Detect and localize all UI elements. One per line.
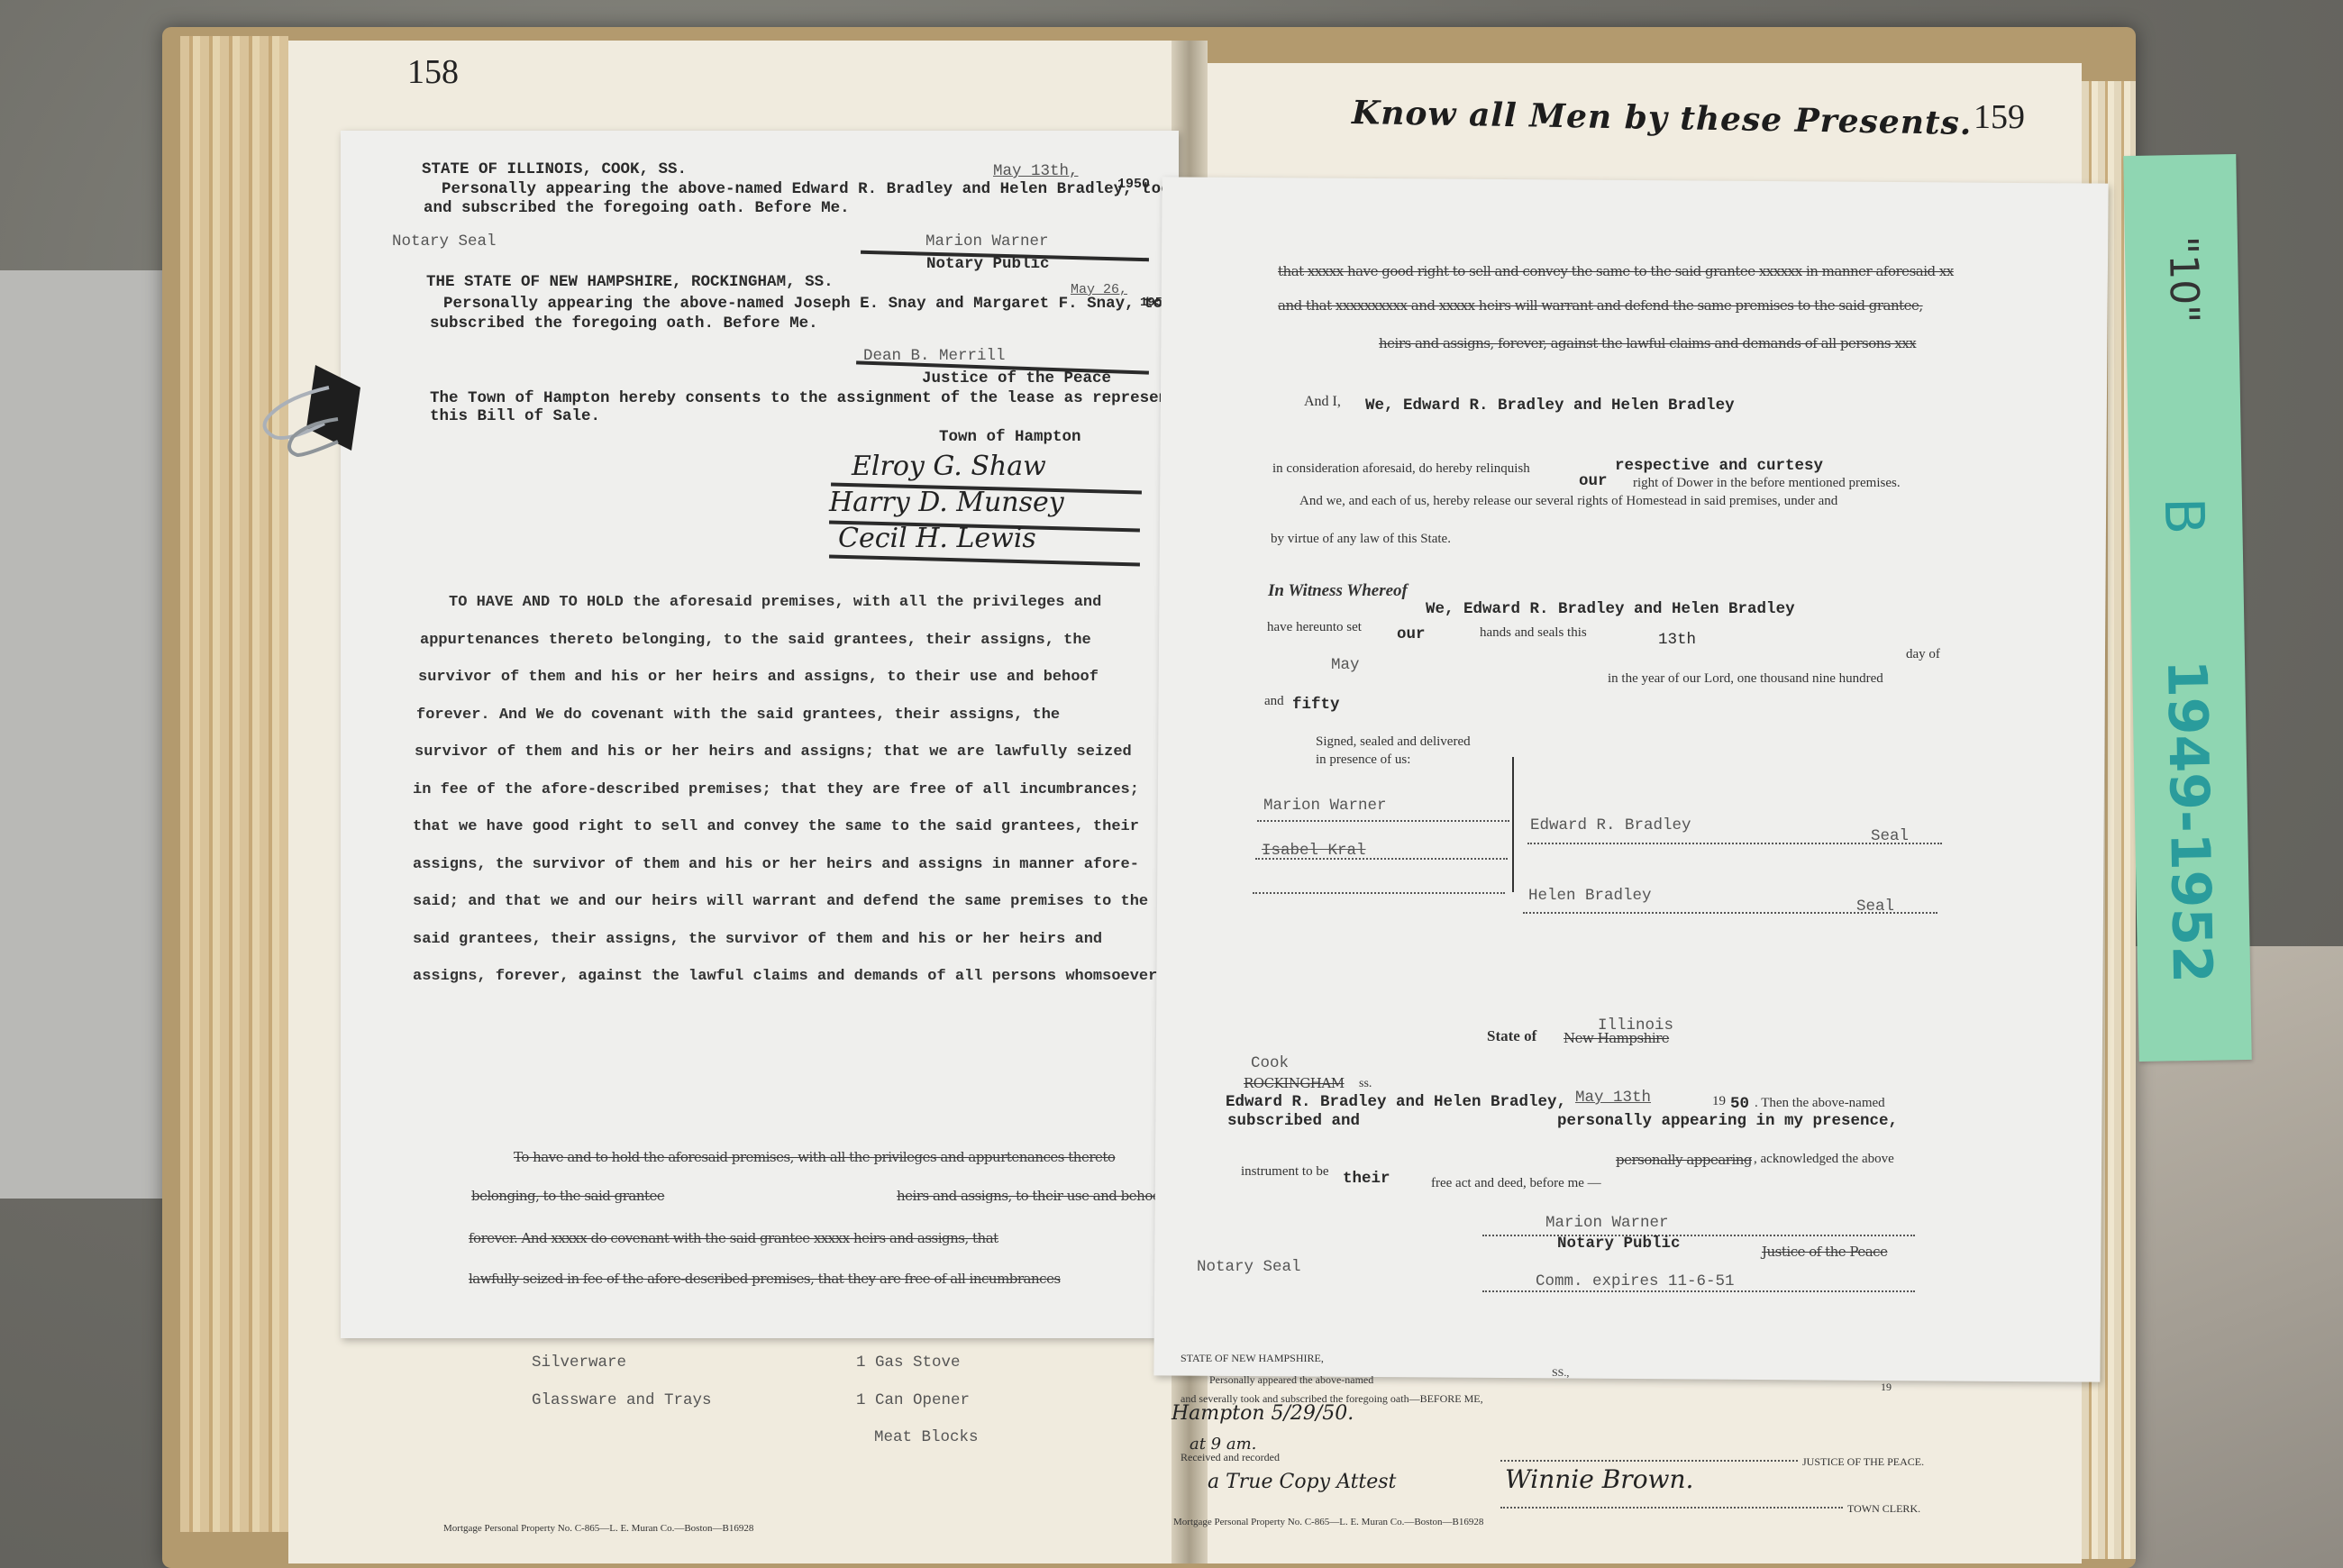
printed-state: STATE OF NEW HAMPSHIRE,: [1181, 1352, 1324, 1365]
inventory-item: 1 Gas Stove: [856, 1354, 961, 1372]
witness-day: 13th: [1658, 631, 1696, 649]
ack-date: May 13th: [1575, 1089, 1651, 1107]
struck-form-line: and that xxxxxxxxxx and xxxxx heirs will…: [1278, 297, 1923, 314]
handwritten-attest: a True Copy Attest: [1208, 1471, 1396, 1493]
right-page-number: 159: [1974, 97, 2025, 137]
handwritten-place-date: Hampton 5/29/50.: [1171, 1402, 1354, 1425]
illinois-notary-title: Notary Public: [926, 255, 1050, 273]
ack-ss: ss.: [1359, 1077, 1372, 1091]
printed-year-prefix: 19: [1881, 1381, 1892, 1394]
dower-text: right of Dower in the before mentioned p…: [1633, 476, 1901, 491]
nh-oath-line1: Personally appearing the above-named Jos…: [443, 295, 1219, 313]
witness-signature: Isabel Kral: [1262, 842, 1366, 860]
ack-notary-title: Notary Public: [1557, 1235, 1681, 1253]
illinois-date: May 13th,: [993, 162, 1079, 180]
witness-line: [1253, 892, 1505, 894]
struck-form-line: heirs and assigns, to their use and beho…: [897, 1188, 1164, 1204]
printed-appeared: Personally appeared the above-named: [1209, 1373, 1373, 1387]
homestead-line1: And we, and each of us, hereby release o…: [1299, 494, 1837, 509]
witness-line: [1255, 858, 1508, 860]
grantor-signature: Edward R. Bradley: [1530, 816, 1691, 834]
struck-form-line: To have and to hold the aforesaid premis…: [514, 1149, 1115, 1165]
grantor-line: [1523, 912, 1937, 914]
our-insert: our: [1579, 472, 1608, 490]
ack-appearing: personally appearing in my presence,: [1557, 1112, 1898, 1130]
ack-names: Edward R. Bradley and Helen Bradley,: [1226, 1093, 1566, 1111]
struck-form-line: heirs and assigns, forever, against the …: [1379, 335, 1916, 351]
ack-state-struck: New Hampshire: [1564, 1030, 1669, 1046]
inventory-item: 1 Can Opener: [856, 1391, 970, 1409]
habendum-line: survivor of them and his or her heirs an…: [413, 734, 1134, 771]
habendum-line: TO HAVE AND TO HOLD the aforesaid premis…: [413, 584, 1134, 622]
grantor-line: [1527, 843, 1942, 844]
habendum-line: assigns, forever, against the lawful cla…: [413, 958, 1134, 996]
witness-signature: Marion Warner: [1263, 797, 1387, 815]
left-page-number: 158: [407, 52, 459, 92]
dower-insert: respective and curtesy: [1615, 457, 1823, 475]
ack-year-prefix: 19: [1712, 1094, 1726, 1109]
inventory-item: Silverware: [532, 1354, 626, 1372]
ack-acknowledged: , acknowledged the above: [1754, 1152, 1894, 1167]
printed-justice-label: JUSTICE OF THE PEACE.: [1802, 1455, 1924, 1469]
nh-state-line: THE STATE OF NEW HAMPSHIRE, ROCKINGHAM, …: [426, 273, 834, 291]
struck-form-line: forever. And xxxxx do covenant with the …: [469, 1230, 998, 1246]
ack-year-suffix: 50: [1730, 1095, 1749, 1113]
grantor-signature: Helen Bradley: [1528, 887, 1652, 905]
town-consent-line2: this Bill of Sale.: [430, 407, 600, 425]
tab-letter: B: [2152, 497, 2216, 534]
illinois-state-line: STATE OF ILLINOIS, COOK, SS.: [422, 160, 687, 178]
witness-month: May: [1331, 656, 1360, 674]
printed-footer: Mortgage Personal Property No. C-865—L. …: [1173, 1517, 1483, 1527]
ack-instrument: instrument to be: [1241, 1164, 1329, 1180]
ack-struck-word: personally appearing: [1616, 1152, 1752, 1168]
release-and-prefix: And I,: [1304, 394, 1341, 410]
notary-line: [1482, 1235, 1915, 1236]
witness-names: We, Edward R. Bradley and Helen Bradley: [1426, 600, 1795, 618]
commission-line: [1482, 1290, 1915, 1292]
nh-oath-line2: subscribed the foregoing oath. Before Me…: [430, 315, 818, 333]
inventory-item: Meat Blocks: [874, 1428, 979, 1446]
printed-ss: SS.,: [1552, 1366, 1569, 1380]
selectman-signature-2: Harry D. Munsey: [829, 487, 1064, 518]
habendum-line: forever. And We do covenant with the sai…: [413, 697, 1134, 734]
habendum-line: appurtenances thereto belonging, to the …: [413, 622, 1134, 660]
illinois-oath-line1: Personally appearing the above-named Edw…: [442, 180, 1180, 198]
clerk-line: [1500, 1507, 1843, 1509]
printed-clerk-label: TOWN CLERK.: [1847, 1502, 1920, 1516]
binder-clip-icon: [252, 351, 369, 478]
year-of-our-lord: in the year of our Lord, one thousand ni…: [1608, 671, 1883, 687]
struck-form-line: belonging, to the said grantee: [471, 1188, 664, 1204]
ack-county-struck: ROCKINGHAM: [1244, 1075, 1345, 1091]
inventory-item: Glassware and Trays: [532, 1391, 712, 1409]
in-presence-label: in presence of us:: [1316, 752, 1410, 768]
witness-heading: In Witness Whereof: [1268, 581, 1408, 601]
ack-notary-seal: Notary Seal: [1197, 1258, 1301, 1276]
habendum-line: said; and that we and our heirs will war…: [413, 883, 1134, 921]
nh-justice-title: Justice of the Peace: [922, 369, 1111, 387]
year-word: fifty: [1292, 696, 1340, 714]
struck-form-line: that xxxxx have good right to sell and c…: [1278, 263, 1954, 279]
selectman-signature-1: Elroy G. Shaw: [852, 451, 1046, 482]
deed-form-sheet: [1153, 177, 2108, 1381]
clerk-signature: Winnie Brown.: [1505, 1464, 1693, 1494]
have-hereunto-set: have hereunto set: [1267, 620, 1362, 635]
ack-then-text: . Then the above-named: [1755, 1096, 1885, 1111]
nh-justice-name: Dean B. Merrill: [863, 347, 1006, 365]
habendum-line: assigns, the survivor of them and his or…: [413, 846, 1134, 884]
habendum-line: that we have good right to sell and conv…: [413, 808, 1134, 846]
illinois-notary-name: Marion Warner: [925, 232, 1049, 251]
ack-their: their: [1343, 1170, 1390, 1188]
witness-line: [1257, 820, 1509, 822]
and-label: and: [1264, 694, 1284, 709]
habendum-line: survivor of them and his or her heirs an…: [413, 659, 1134, 697]
justice-line: [1500, 1460, 1798, 1462]
notary-seal-label: Notary Seal: [392, 232, 497, 251]
town-consent-line1: The Town of Hampton hereby consents to t…: [430, 389, 1225, 407]
tab-years: 1949-1952: [2155, 659, 2223, 983]
habendum-line: said grantees, their assigns, the surviv…: [413, 921, 1134, 959]
index-tab: "10" B 1949-1952: [2123, 154, 2252, 1062]
town-of-hampton-label: Town of Hampton: [939, 428, 1081, 446]
ack-commission: Comm. expires 11-6-51: [1536, 1272, 1735, 1290]
ack-subscribed: subscribed and: [1227, 1112, 1360, 1130]
witness-our: our: [1397, 625, 1426, 643]
ack-county-typed: Cook: [1251, 1054, 1289, 1072]
ack-struck-title: Justice of the Peace: [1762, 1244, 1887, 1260]
signed-sealed-label: Signed, sealed and delivered: [1316, 734, 1471, 750]
hands-and-seals: hands and seals this: [1480, 625, 1587, 641]
ack-free-act: free act and deed, before me —: [1431, 1176, 1601, 1191]
struck-form-line: lawfully seized in fee of the afore-desc…: [469, 1271, 1061, 1287]
day-of-label: day of: [1906, 647, 1940, 662]
habendum-clause: TO HAVE AND TO HOLD the aforesaid premis…: [413, 584, 1134, 996]
left-form-footer: Mortgage Personal Property No. C-865—L. …: [443, 1523, 753, 1534]
illinois-oath-line2: and subscribed the foregoing oath. Befor…: [424, 199, 850, 217]
habendum-line: in fee of the afore-described premises; …: [413, 771, 1134, 809]
tab-marks: "10": [2160, 236, 2208, 324]
printed-received: Received and recorded: [1181, 1451, 1280, 1464]
signature-bracket: [1512, 757, 1514, 892]
homestead-line2: by virtue of any law of this State.: [1271, 532, 1451, 547]
ack-notary-name: Marion Warner: [1545, 1214, 1669, 1232]
release-names: We, Edward R. Bradley and Helen Bradley: [1365, 397, 1735, 415]
consideration-text: in consideration aforesaid, do hereby re…: [1272, 461, 1530, 477]
ack-state-prefix: State of: [1487, 1027, 1536, 1045]
selectman-signature-3: Cecil H. Lewis: [838, 523, 1036, 554]
left-page-edges: [180, 36, 288, 1532]
